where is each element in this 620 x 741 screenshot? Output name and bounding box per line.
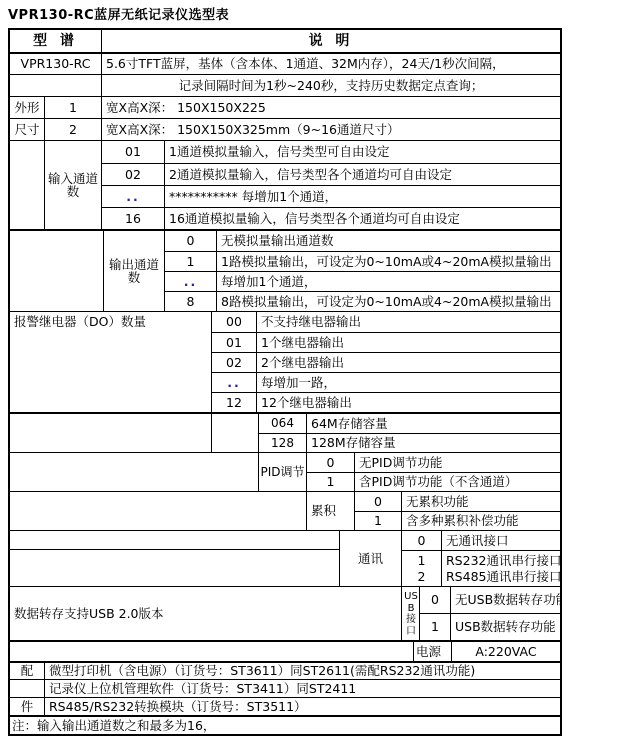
option-desc: 2个继电器输出: [257, 353, 560, 372]
option-code: 1: [420, 614, 451, 640]
comm-label: 通讯: [340, 531, 402, 586]
option-desc: 无模拟量输出通道数: [217, 231, 560, 251]
storage-group: 064 64M存储容量 128 128M存储容量: [10, 412, 560, 452]
empty-cell: [10, 680, 45, 697]
accessory-desc: RS485/RS232转换模块（订货号：ST3511）: [45, 698, 560, 715]
power-row: 电源 A:220VAC: [10, 640, 560, 661]
option-desc: 含PID调节功能（不含通道）: [355, 473, 560, 491]
accessory-row-2: 记录仪上位机管理软件（订货号：ST3411）同ST2411: [10, 679, 560, 697]
option-desc: 无累积功能: [402, 492, 560, 511]
option-desc: 1通道模拟量输入，信号类型可自由设定: [165, 141, 560, 163]
option-desc: 8路模拟量输出，可设定为0~10mA或4~20mA模拟量输出: [217, 292, 560, 311]
alarm-relay-group: 报警继电器（DO）数量 00 不支持继电器输出 01 1个继电器输出 02 2个…: [10, 311, 560, 412]
base-model-code: VPR130-RC: [10, 54, 102, 74]
option-desc: 1个继电器输出: [257, 333, 560, 352]
option-code: 0: [307, 453, 355, 472]
option-code: 0: [420, 587, 451, 613]
dim-desc-1: 宽X高X深： 150X150X225: [102, 97, 560, 118]
alarm-relay-label: 报警继电器（DO）数量: [10, 312, 212, 412]
table-row: .. 每增加1个通道，: [165, 271, 560, 291]
empty-cell: [10, 531, 340, 586]
option-code: 01: [102, 141, 165, 163]
option-code: 0: [165, 231, 217, 251]
dim-code-2: 2: [45, 119, 102, 140]
empty-cell: [10, 453, 259, 491]
table-row: 0 无PID调节功能: [307, 453, 560, 472]
table-row: 16 16通道模拟量输入，信号类型各个通道均可自由设定: [102, 207, 560, 229]
option-code: 12: [212, 393, 257, 412]
option-desc: 无USB数据转存功能: [451, 587, 560, 613]
empty-cell: [10, 642, 414, 661]
empty-cell: [10, 141, 45, 229]
header-description: 说 明: [102, 30, 560, 52]
table-row: 1 USB数据转存功能: [420, 613, 560, 640]
table-row: 02 2通道模拟量输入，信号类型各个通道均可自由设定: [102, 163, 560, 185]
accessory-desc: 记录仪上位机管理软件（订货号：ST3411）同ST2411: [45, 680, 560, 697]
table-row: 00 不支持继电器输出: [212, 312, 560, 332]
dim-desc-2: 宽X高X深： 150X150X325mm（9~16通道尺寸）: [102, 119, 560, 140]
option-code: 02: [212, 353, 257, 372]
option-desc: 无PID调节功能: [355, 453, 560, 472]
table-row: 02 2个继电器输出: [212, 352, 560, 372]
accessory-label-top: 配: [10, 663, 45, 679]
option-code: 02: [102, 164, 165, 185]
footnote-row: 注：输入输出通道数之和最多为16，: [10, 715, 560, 734]
empty-cell: [10, 414, 212, 452]
table-row: .. *********** 每增加1个通道，: [102, 185, 560, 207]
output-channels-label: 输出通道数: [104, 231, 165, 311]
base-model-desc: 5.6寸TFT蓝屏，基体（含本体、1通道、32M内存），24天/1秒次间隔，: [102, 54, 560, 74]
option-desc: RS232通讯串行接口: [446, 554, 560, 567]
model-selection-table: 型 谱 说 明 VPR130-RC 5.6寸TFT蓝屏，基体（含本体、1通道、3…: [8, 28, 562, 736]
accessory-desc: 微型打印机（含电源）（订货号：ST3611）同ST2611(需配RS232通讯功…: [45, 663, 560, 679]
option-desc: USB数据转存功能: [451, 614, 560, 640]
power-value: A:220VAC: [452, 642, 560, 661]
table-row: 0 无通讯接口: [402, 531, 560, 550]
option-desc: 不支持继电器输出: [257, 312, 560, 332]
option-desc: RS485通讯串行接口: [446, 570, 560, 583]
option-desc: 无通讯接口: [442, 531, 560, 550]
table-row: 1 含多种累积补偿功能: [355, 511, 560, 530]
accessory-row-3: 件 RS485/RS232转换模块（订货号：ST3511）: [10, 697, 560, 715]
option-desc: 64M存储容量: [307, 414, 560, 433]
empty-cell: [10, 231, 104, 311]
footnote-text: 注：输入输出通道数之和最多为16，: [10, 717, 560, 734]
option-desc: 含多种累积补偿功能: [402, 512, 560, 530]
table-row: 8 8路模拟量输出，可设定为0~10mA或4~20mA模拟量输出: [165, 291, 560, 311]
table-row: 01 1通道模拟量输入，信号类型可自由设定: [102, 141, 560, 163]
table-row: 1 含PID调节功能（不含通道）: [307, 472, 560, 491]
option-code: 064: [259, 414, 307, 433]
option-desc: 12个继电器输出: [257, 393, 560, 412]
accessory-row-1: 配 微型打印机（含电源）（订货号：ST3611）同ST2611(需配RS232通…: [10, 661, 560, 679]
option-desc: RS232通讯串行接口 RS485通讯串行接口: [442, 551, 560, 586]
option-code: 0: [402, 531, 442, 550]
option-desc: 每增加1个通道，: [217, 272, 560, 291]
table-header-row: 型 谱 说 明: [10, 30, 560, 52]
power-label: 电源: [414, 642, 452, 661]
dimension-row-1: 外形 1 宽X高X深： 150X150X225: [10, 96, 560, 118]
option-code: 0: [355, 492, 402, 511]
option-desc: 2通道模拟量输入，信号类型各个通道均可自由设定: [165, 164, 560, 185]
usb-group: 数据转存支持USB 2.0版本 USB接口 0 无USB数据转存功能 1 USB…: [10, 586, 560, 640]
table-row: 0 无USB数据转存功能: [420, 587, 560, 613]
option-code: 01: [212, 333, 257, 352]
option-code: 8: [165, 292, 217, 311]
option-desc: 每增加一路，: [257, 373, 560, 392]
option-code: ..: [102, 186, 165, 207]
dim-label-2: 尺寸: [10, 119, 45, 140]
dim-code-1: 1: [45, 97, 102, 118]
input-channels-label: 输入通道数: [45, 141, 102, 229]
pid-label: PID调节: [259, 453, 307, 491]
option-desc: 128M存储容量: [307, 434, 560, 452]
option-code: 1 2: [402, 551, 442, 586]
usb-note: 数据转存支持USB 2.0版本: [10, 587, 402, 640]
empty-cell: [212, 414, 259, 452]
table-row: 128 128M存储容量: [259, 433, 560, 452]
record-interval-desc: 记录间隔时间为1秒~240秒，支持历史数据定点查询；: [102, 75, 560, 96]
accessory-label-bottom: 件: [10, 698, 45, 715]
option-code: 1: [355, 512, 402, 530]
option-code: 16: [102, 208, 165, 229]
option-code: 128: [259, 434, 307, 452]
table-row: 064 64M存储容量: [259, 414, 560, 433]
option-desc: 16通道模拟量输入，信号类型各个通道均可自由设定: [165, 208, 560, 229]
dimension-row-2: 尺寸 2 宽X高X深： 150X150X325mm（9~16通道尺寸）: [10, 118, 560, 140]
table-row: 0 无累积功能: [355, 492, 560, 511]
header-model-spectrum: 型 谱: [10, 30, 102, 52]
table-row: .. 每增加一路，: [212, 372, 560, 392]
table-row: 1 2 RS232通讯串行接口 RS485通讯串行接口: [402, 550, 560, 586]
empty-cell: [10, 75, 102, 96]
output-channels-group: 输出通道数 0 无模拟量输出通道数 1 1路模拟量输出，可设定为0~10mA或4…: [10, 229, 560, 311]
option-desc: 1路模拟量输出，可设定为0~10mA或4~20mA模拟量输出: [217, 252, 560, 271]
accumulate-group: 累积 0 无累积功能 1 含多种累积补偿功能: [10, 491, 560, 530]
usb-label: USB接口: [402, 587, 420, 640]
option-code: ..: [212, 373, 257, 392]
dim-label-1: 外形: [10, 97, 45, 118]
page-title: VPR130-RC蓝屏无纸记录仪选型表: [8, 4, 229, 23]
pid-group: PID调节 0 无PID调节功能 1 含PID调节功能（不含通道）: [10, 452, 560, 491]
table-row: 0 无模拟量输出通道数: [165, 231, 560, 251]
option-code: 2: [418, 570, 426, 583]
record-interval-row: 记录间隔时间为1秒~240秒，支持历史数据定点查询；: [10, 74, 560, 96]
table-row: 01 1个继电器输出: [212, 332, 560, 352]
option-code: 00: [212, 312, 257, 332]
option-desc: *********** 每增加1个通道，: [165, 186, 560, 207]
base-model-row: VPR130-RC 5.6寸TFT蓝屏，基体（含本体、1通道、32M内存），24…: [10, 52, 560, 74]
accumulate-label: 累积: [307, 492, 355, 530]
empty-cell: [10, 492, 307, 530]
option-code: 1: [307, 473, 355, 491]
communication-group: 通讯 0 无通讯接口 1 2 RS232通讯串行接口 RS485通讯串行接口: [10, 530, 560, 586]
empty-cell: [10, 531, 339, 550]
option-code: 1: [418, 554, 426, 567]
option-code: 1: [165, 252, 217, 271]
table-row: 12 12个继电器输出: [212, 392, 560, 412]
input-channels-group: 输入通道数 01 1通道模拟量输入，信号类型可自由设定 02 2通道模拟量输入，…: [10, 140, 560, 229]
option-code: ..: [165, 272, 217, 291]
empty-cell: [10, 550, 339, 586]
table-row: 1 1路模拟量输出，可设定为0~10mA或4~20mA模拟量输出: [165, 251, 560, 271]
